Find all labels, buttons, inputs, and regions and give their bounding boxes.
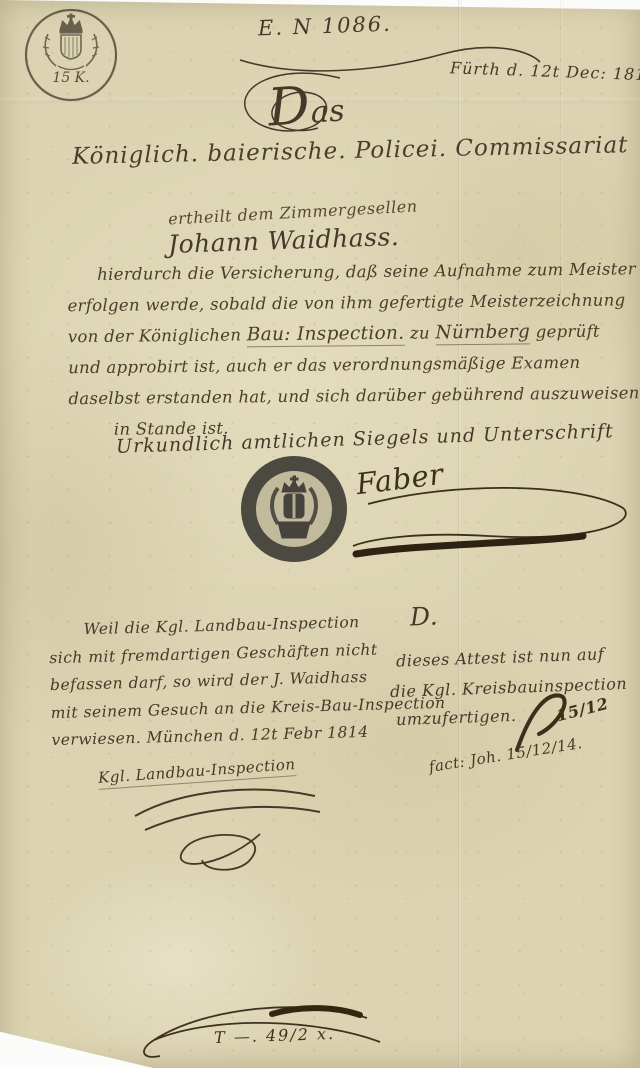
left-note-signature-flourish — [110, 786, 330, 876]
stamp-laurel-branches-icon — [43, 34, 99, 70]
body-line-3-suffix: geprüft — [530, 322, 600, 342]
official-seal — [234, 452, 354, 568]
stamp-shield-icon — [61, 35, 81, 59]
body-paragraph: hierdurch die Versicherung, daß seine Au… — [67, 253, 640, 445]
body-line-5: daselbst erstanden hat, und sich darüber… — [68, 377, 640, 414]
signature-flourish — [338, 486, 638, 571]
revenue-stamp: 15 K. — [16, 8, 126, 108]
stamp-crown-icon — [60, 14, 82, 33]
article-das: Das — [266, 73, 346, 138]
right-note-heading: D. — [410, 602, 439, 632]
body-line-3-prefix: von der Königlichen — [68, 325, 247, 346]
stamp-value-text: 15 K. — [52, 70, 89, 86]
body-line-3-mid: zu — [404, 323, 435, 342]
scanned-document-page: { "document": { "paper_color": "#dbd3b1"… — [0, 0, 640, 1068]
document-number: E. N 1086. — [258, 12, 393, 41]
left-marginal-note: Weil die Kgl. Landbau-Inspection sich mi… — [48, 607, 446, 755]
bau-inspection-underlined: Bau: Inspection. — [247, 323, 405, 348]
nuernberg-underlined: Nürnberg — [435, 321, 530, 345]
